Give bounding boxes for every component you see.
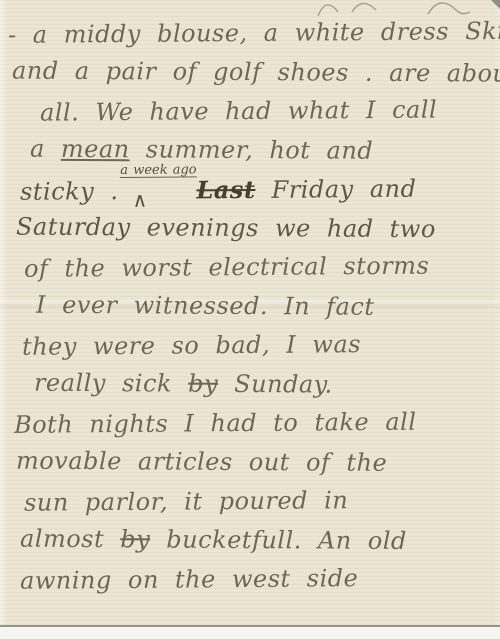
line-text: sun parlor, it poured in [24, 486, 348, 517]
line-text: Friday and [255, 175, 416, 204]
line-text: a [30, 135, 61, 163]
line-text: really sick [34, 369, 188, 398]
letter-line: - a middy blouse, a white dress Skirt [0, 12, 500, 55]
line-text: awning on the west side [20, 564, 359, 595]
scan-background [0, 627, 500, 639]
line-text: sticky . [20, 177, 119, 206]
letter-paper: - a middy blouse, a white dress Skirt an… [0, 0, 500, 625]
line-text: they were so bad, I was [22, 330, 361, 361]
letter-line: a mean summer, hot and [0, 129, 500, 171]
line-text: I ever witnessed. In fact [36, 291, 375, 321]
insertion-caret-icon: ∧ [132, 190, 147, 210]
letter-line: they were so bad, I was [0, 324, 500, 367]
letter-line: of the worst electrical storms [0, 246, 500, 289]
letter-line: all. We have had what I call [0, 90, 500, 133]
letter-line: awning on the west side [0, 558, 500, 601]
struck-word: by [120, 525, 150, 553]
line-text: Sunday. [218, 370, 333, 399]
underlined-word: mean [61, 135, 130, 163]
letter-line: movable articles out of the [0, 441, 500, 483]
line-text: summer, hot and [130, 135, 374, 164]
line-text: of the worst electrical storms [24, 252, 429, 283]
struck-word: Last [196, 175, 255, 204]
letter-line: I ever witnessed. In fact [0, 285, 500, 327]
line-text: - a middy blouse, a white dress Skirt [8, 17, 500, 49]
letter-body: - a middy blouse, a white dress Skirt an… [0, 14, 500, 599]
letter-line: almost by bucketfull. An old [0, 519, 500, 561]
line-text: Both nights I had to take all [14, 408, 417, 439]
struck-word: by [188, 370, 218, 398]
insertion-text: a week ago [120, 163, 196, 178]
line-text: movable articles out of the [16, 447, 387, 477]
line-text: all. We have had what I call [40, 96, 437, 127]
line-text: and a pair of golf shoes . are about [12, 57, 500, 88]
letter-line: really sick by Sunday. [0, 363, 500, 405]
letter-line: and a pair of golf shoes . are about [0, 51, 500, 93]
letter-line: sticky .a week ago∧Last Friday and [0, 168, 500, 211]
scan-corner-notch [491, 0, 500, 9]
letter-line: sun parlor, it poured in [0, 480, 500, 523]
line-text: almost [20, 525, 120, 554]
line-text: bucketfull. An old [150, 525, 407, 555]
letter-line: Saturday evenings we had two [0, 207, 500, 249]
letter-line: Both nights I had to take all [0, 402, 500, 445]
line-text: Saturday evenings we had two [16, 213, 436, 244]
insertion: a week ago∧ [118, 171, 196, 211]
